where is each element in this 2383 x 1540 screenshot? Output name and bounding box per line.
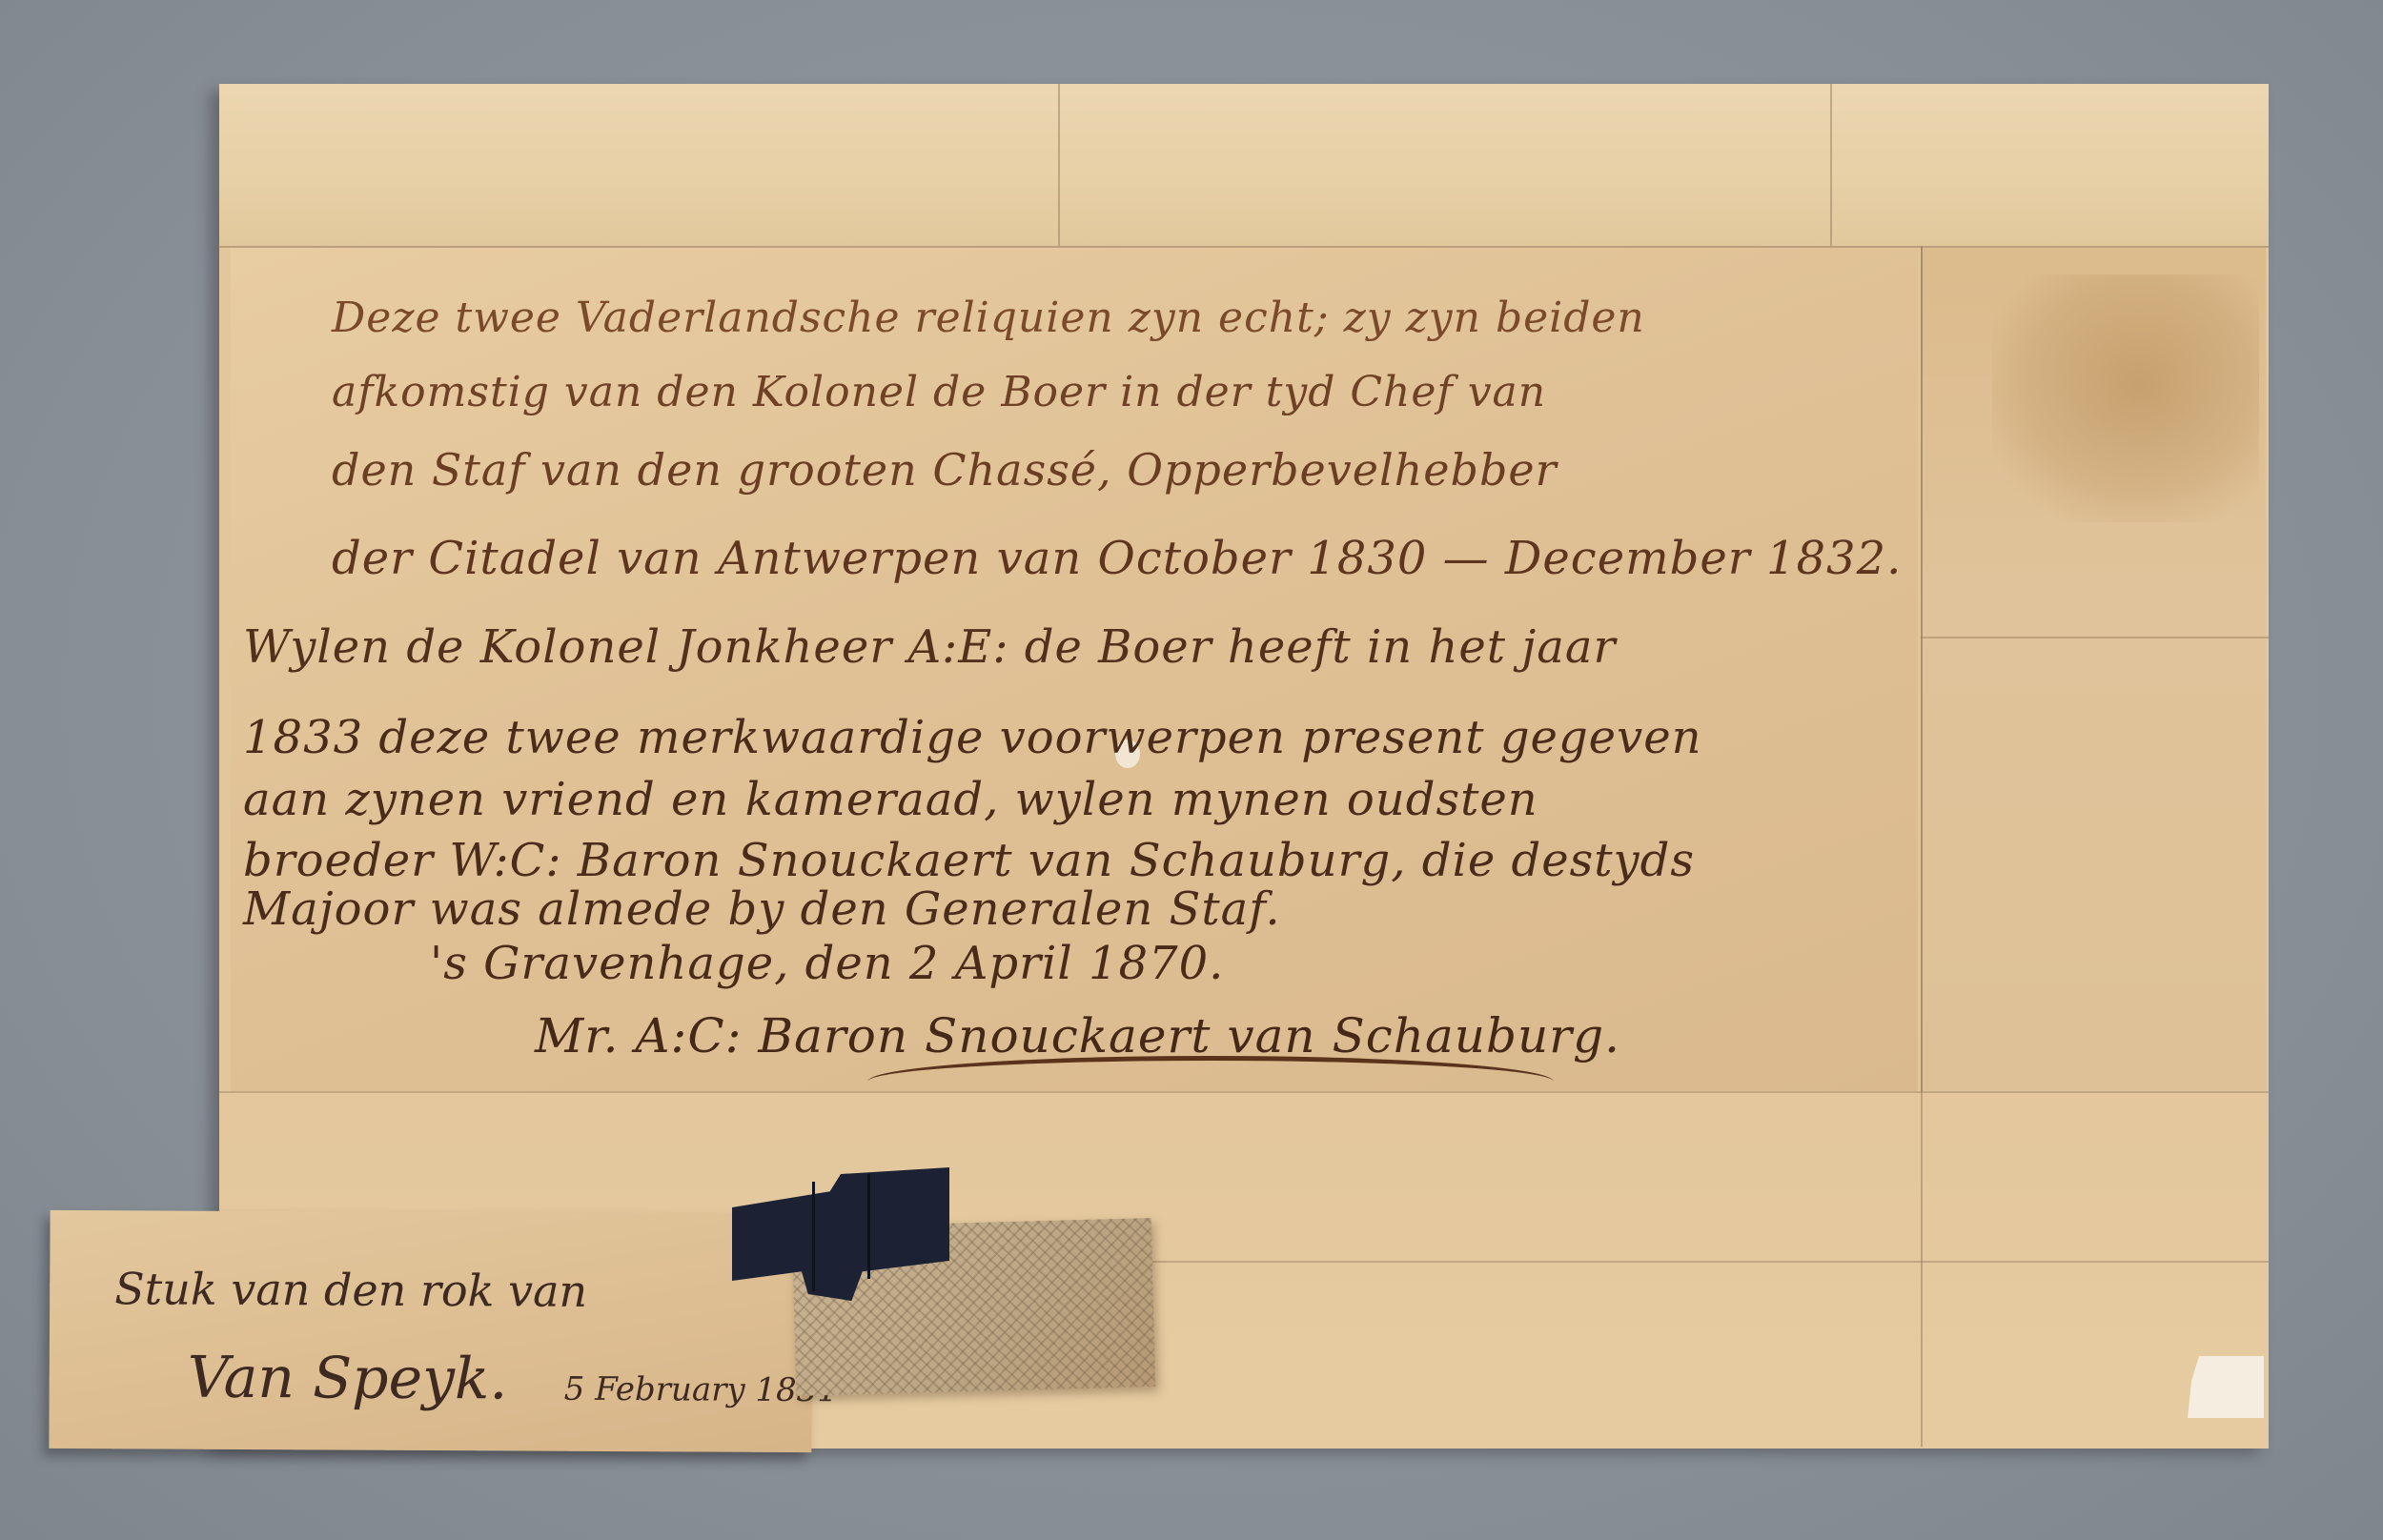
letter-line: der Citadel van Antwerpen van October 18… bbox=[332, 532, 1902, 585]
letter-line: Wylen de Kolonel Jonkheer A:E: de Boer h… bbox=[243, 620, 1616, 674]
letter-line: aan zynen vriend en kameraad, wylen myne… bbox=[243, 773, 1538, 826]
water-stain bbox=[1992, 274, 2259, 522]
letter-line: den Staf van den grooten Chassé, Opperbe… bbox=[332, 444, 1558, 496]
fold-crease bbox=[1830, 84, 1832, 246]
letter-line: Majoor was almede by den Generalen Staf. bbox=[243, 882, 1281, 936]
fold-crease bbox=[1921, 246, 1923, 1447]
fold-crease bbox=[1921, 637, 2269, 638]
letter-place-date: 's Gravenhage, den 2 April 1870. bbox=[430, 937, 1224, 990]
letter-line: 1833 deze twee merkwaardige voorwerpen p… bbox=[243, 711, 1702, 764]
letter-line: broeder W:C: Baron Snouckaert van Schaub… bbox=[243, 834, 1695, 887]
fold-crease bbox=[1058, 84, 1060, 246]
paper-tear bbox=[2188, 1356, 2264, 1418]
letter-signature: Mr. A:C: Baron Snouckaert van Schauburg. bbox=[535, 1008, 1620, 1064]
letter-line: Deze twee Vaderlandsche reliquien zyn ec… bbox=[332, 294, 1645, 342]
top-fold-strip bbox=[219, 84, 2269, 248]
letter-line: afkomstig van den Kolonel de Boer in der… bbox=[332, 368, 1546, 416]
label-name: Van Speyk. bbox=[188, 1345, 508, 1413]
fabric-fold bbox=[812, 1182, 815, 1291]
label-line: Stuk van den rok van bbox=[114, 1263, 587, 1317]
fabric-fold bbox=[867, 1174, 870, 1279]
relic-label-strip: Stuk van den rok van Van Speyk. 5 Februa… bbox=[49, 1210, 812, 1452]
